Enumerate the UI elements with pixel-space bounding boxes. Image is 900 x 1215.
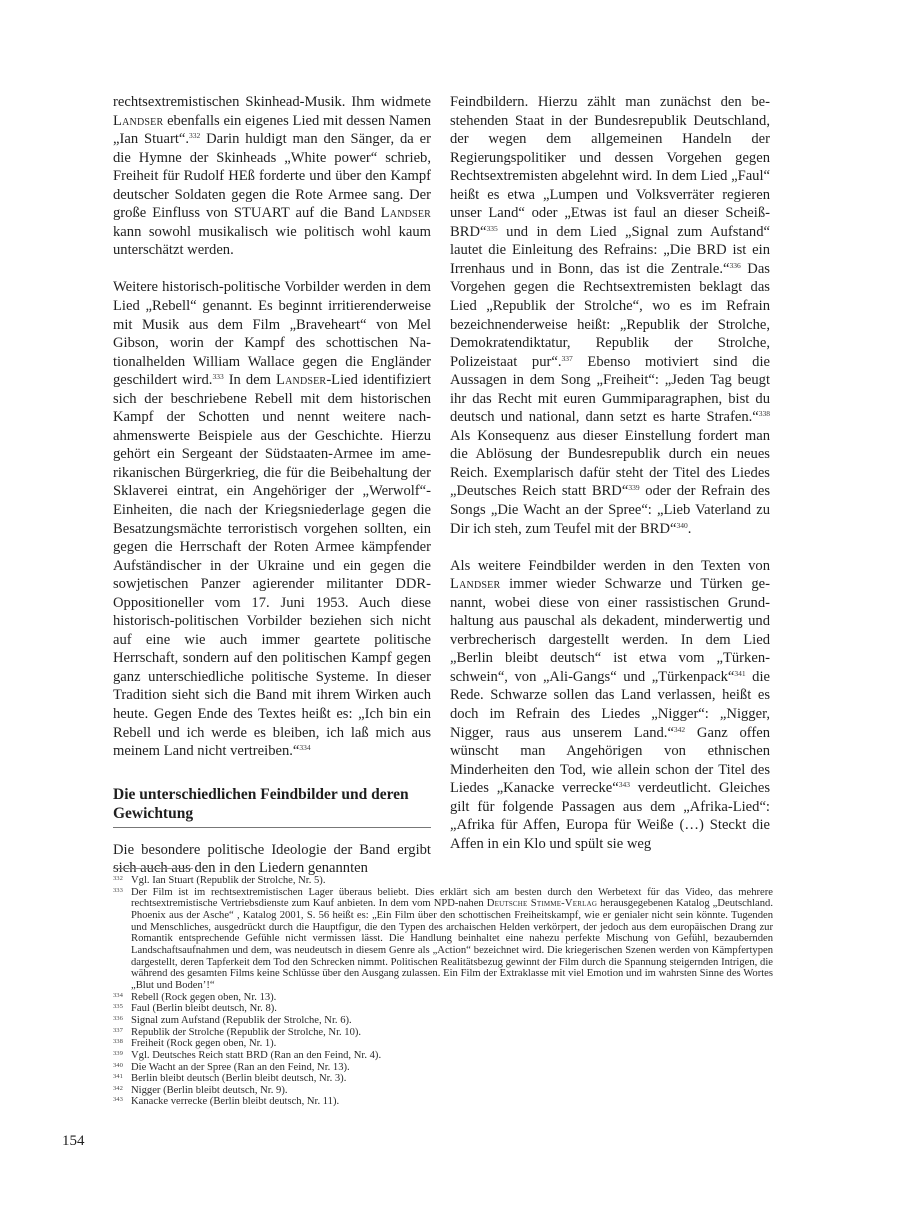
footnote-text: Berlin bleibt deutsch (Berlin bleibt deu… [131, 1073, 346, 1084]
footnote-number: 337 [113, 1025, 123, 1037]
footnote-341: 341Berlin bleibt deutsch (Berlin bleibt … [113, 1073, 773, 1085]
footnote-number: 341 [113, 1071, 123, 1083]
body-paragraph: Als weitere Feindbilder werden in den Te… [450, 557, 770, 854]
band-name: Landser [276, 372, 326, 388]
footnote-ref[interactable]: 332 [189, 131, 200, 140]
section-heading: Die unterschiedlichen Feindbilder und de… [113, 785, 431, 828]
footnote-number: 332 [113, 873, 123, 885]
footnote-ref[interactable]: 343 [619, 780, 630, 789]
footnote-337: 337Republik der Strolche (Republik der S… [113, 1027, 773, 1039]
footnote-number: 342 [113, 1083, 123, 1095]
footnote-ref[interactable]: 341 [734, 669, 745, 678]
footnote-text: Vgl. Ian Stuart (Republik der Strolche, … [131, 875, 325, 886]
footnote-text: Faul (Berlin bleibt deutsch, Nr. 8). [131, 1003, 277, 1014]
publisher-name: Deutsche Stimme-Verlag [487, 898, 597, 909]
footnote-number: 339 [113, 1048, 123, 1060]
footnote-342: 342Nigger (Berlin bleibt deutsch, Nr. 9)… [113, 1085, 773, 1097]
right-column: Feindbildern. Hierzu zählt man zunächst … [450, 93, 770, 853]
footnote-text: Kanacke verrecke (Berlin bleibt deutsch,… [131, 1096, 339, 1107]
footnote-ref[interactable]: 333 [212, 372, 223, 381]
footnote-text: Die Wacht an der Spree (Ran an den Feind… [131, 1062, 350, 1073]
footnote-ref[interactable]: 338 [759, 409, 770, 418]
footnote-333: 333Der Film ist im rechtsextremistischen… [113, 887, 773, 992]
footnote-332: 332Vgl. Ian Stuart (Republik der Strolch… [113, 875, 773, 887]
footnote-number: 335 [113, 1001, 123, 1013]
text-run: . [688, 521, 692, 537]
footnote-number: 338 [113, 1036, 123, 1048]
text-run: Als weitere Feindbilder werden in den Te… [450, 558, 770, 574]
body-paragraph: Feindbildern. Hierzu zählt man zunächst … [450, 93, 770, 538]
footnote-336: 336Signal zum Aufstand (Republik der Str… [113, 1015, 773, 1027]
band-name: Landser [381, 205, 431, 221]
footnotes: 332Vgl. Ian Stuart (Republik der Strolch… [113, 875, 773, 1108]
footnote-number: 334 [113, 990, 123, 1002]
left-column: rechtsextremistischen Skinhead-Musik. Ih… [113, 93, 431, 878]
footnote-ref[interactable]: 337 [562, 354, 573, 363]
footnote-343: 343Kanacke verrecke (Berlin bleibt deuts… [113, 1096, 773, 1108]
text-run: In dem [224, 372, 276, 388]
footnote-ref[interactable]: 339 [628, 483, 639, 492]
footnote-338: 338Freiheit (Rock gegen oben, Nr. 1). [113, 1038, 773, 1050]
body-paragraph: rechtsextremistischen Skinhead-Musik. Ih… [113, 93, 431, 260]
text-run: -Lied identifi­ziert sich der beschriebe… [113, 372, 431, 759]
footnote-text: Republik der Strolche (Republik der Stro… [131, 1027, 361, 1038]
text-run: immer wieder Schwarze und Türken ge­nann… [450, 576, 770, 685]
footnote-separator [113, 868, 193, 869]
footnote-339: 339Vgl. Deutsches Reich statt BRD (Ran a… [113, 1050, 773, 1062]
text-run: kann sowohl musikalisch wie politisch wo… [113, 224, 431, 259]
footnote-number: 333 [113, 885, 123, 897]
footnote-number: 336 [113, 1013, 123, 1025]
footnote-ref[interactable]: 342 [674, 725, 685, 734]
band-name: Landser [450, 576, 500, 592]
footnote-number: 343 [113, 1094, 123, 1106]
footnote-ref[interactable]: 334 [299, 743, 310, 752]
text-run: rechtsextremistischen Skinhead-Musik. Ih… [113, 94, 431, 110]
footnote-text: her­ausgegebenen Katalog „Deutschland. P… [131, 898, 773, 991]
footnote-ref[interactable]: 335 [486, 224, 497, 233]
band-name: Landser [113, 113, 163, 129]
footnote-text: Nigger (Berlin bleibt deutsch, Nr. 9). [131, 1085, 288, 1096]
body-paragraph: Die besondere politische Ideologie der B… [113, 841, 431, 878]
footnote-text: Freiheit (Rock gegen oben, Nr. 1). [131, 1038, 276, 1049]
footnote-ref[interactable]: 336 [729, 261, 740, 270]
footnote-text: Signal zum Aufstand (Republik der Strolc… [131, 1015, 352, 1026]
footnote-ref[interactable]: 340 [676, 521, 687, 530]
footnote-number: 340 [113, 1060, 123, 1072]
footnote-text: Rebell (Rock gegen oben, Nr. 13). [131, 992, 276, 1003]
footnote-text: Vgl. Deutsches Reich statt BRD (Ran an d… [131, 1050, 381, 1061]
text-run: Feindbildern. Hierzu zählt man zunächst … [450, 94, 770, 240]
footnote-335: 335Faul (Berlin bleibt deutsch, Nr. 8). [113, 1003, 773, 1015]
body-paragraph: Weitere historisch-politische Vorbilder … [113, 278, 431, 760]
text-run: und in dem Lied „Signal zum Aufstand“ la… [450, 224, 770, 277]
footnote-334: 334Rebell (Rock gegen oben, Nr. 13). [113, 992, 773, 1004]
page-number: 154 [62, 1133, 85, 1150]
footnote-340: 340Die Wacht an der Spree (Ran an den Fe… [113, 1062, 773, 1074]
